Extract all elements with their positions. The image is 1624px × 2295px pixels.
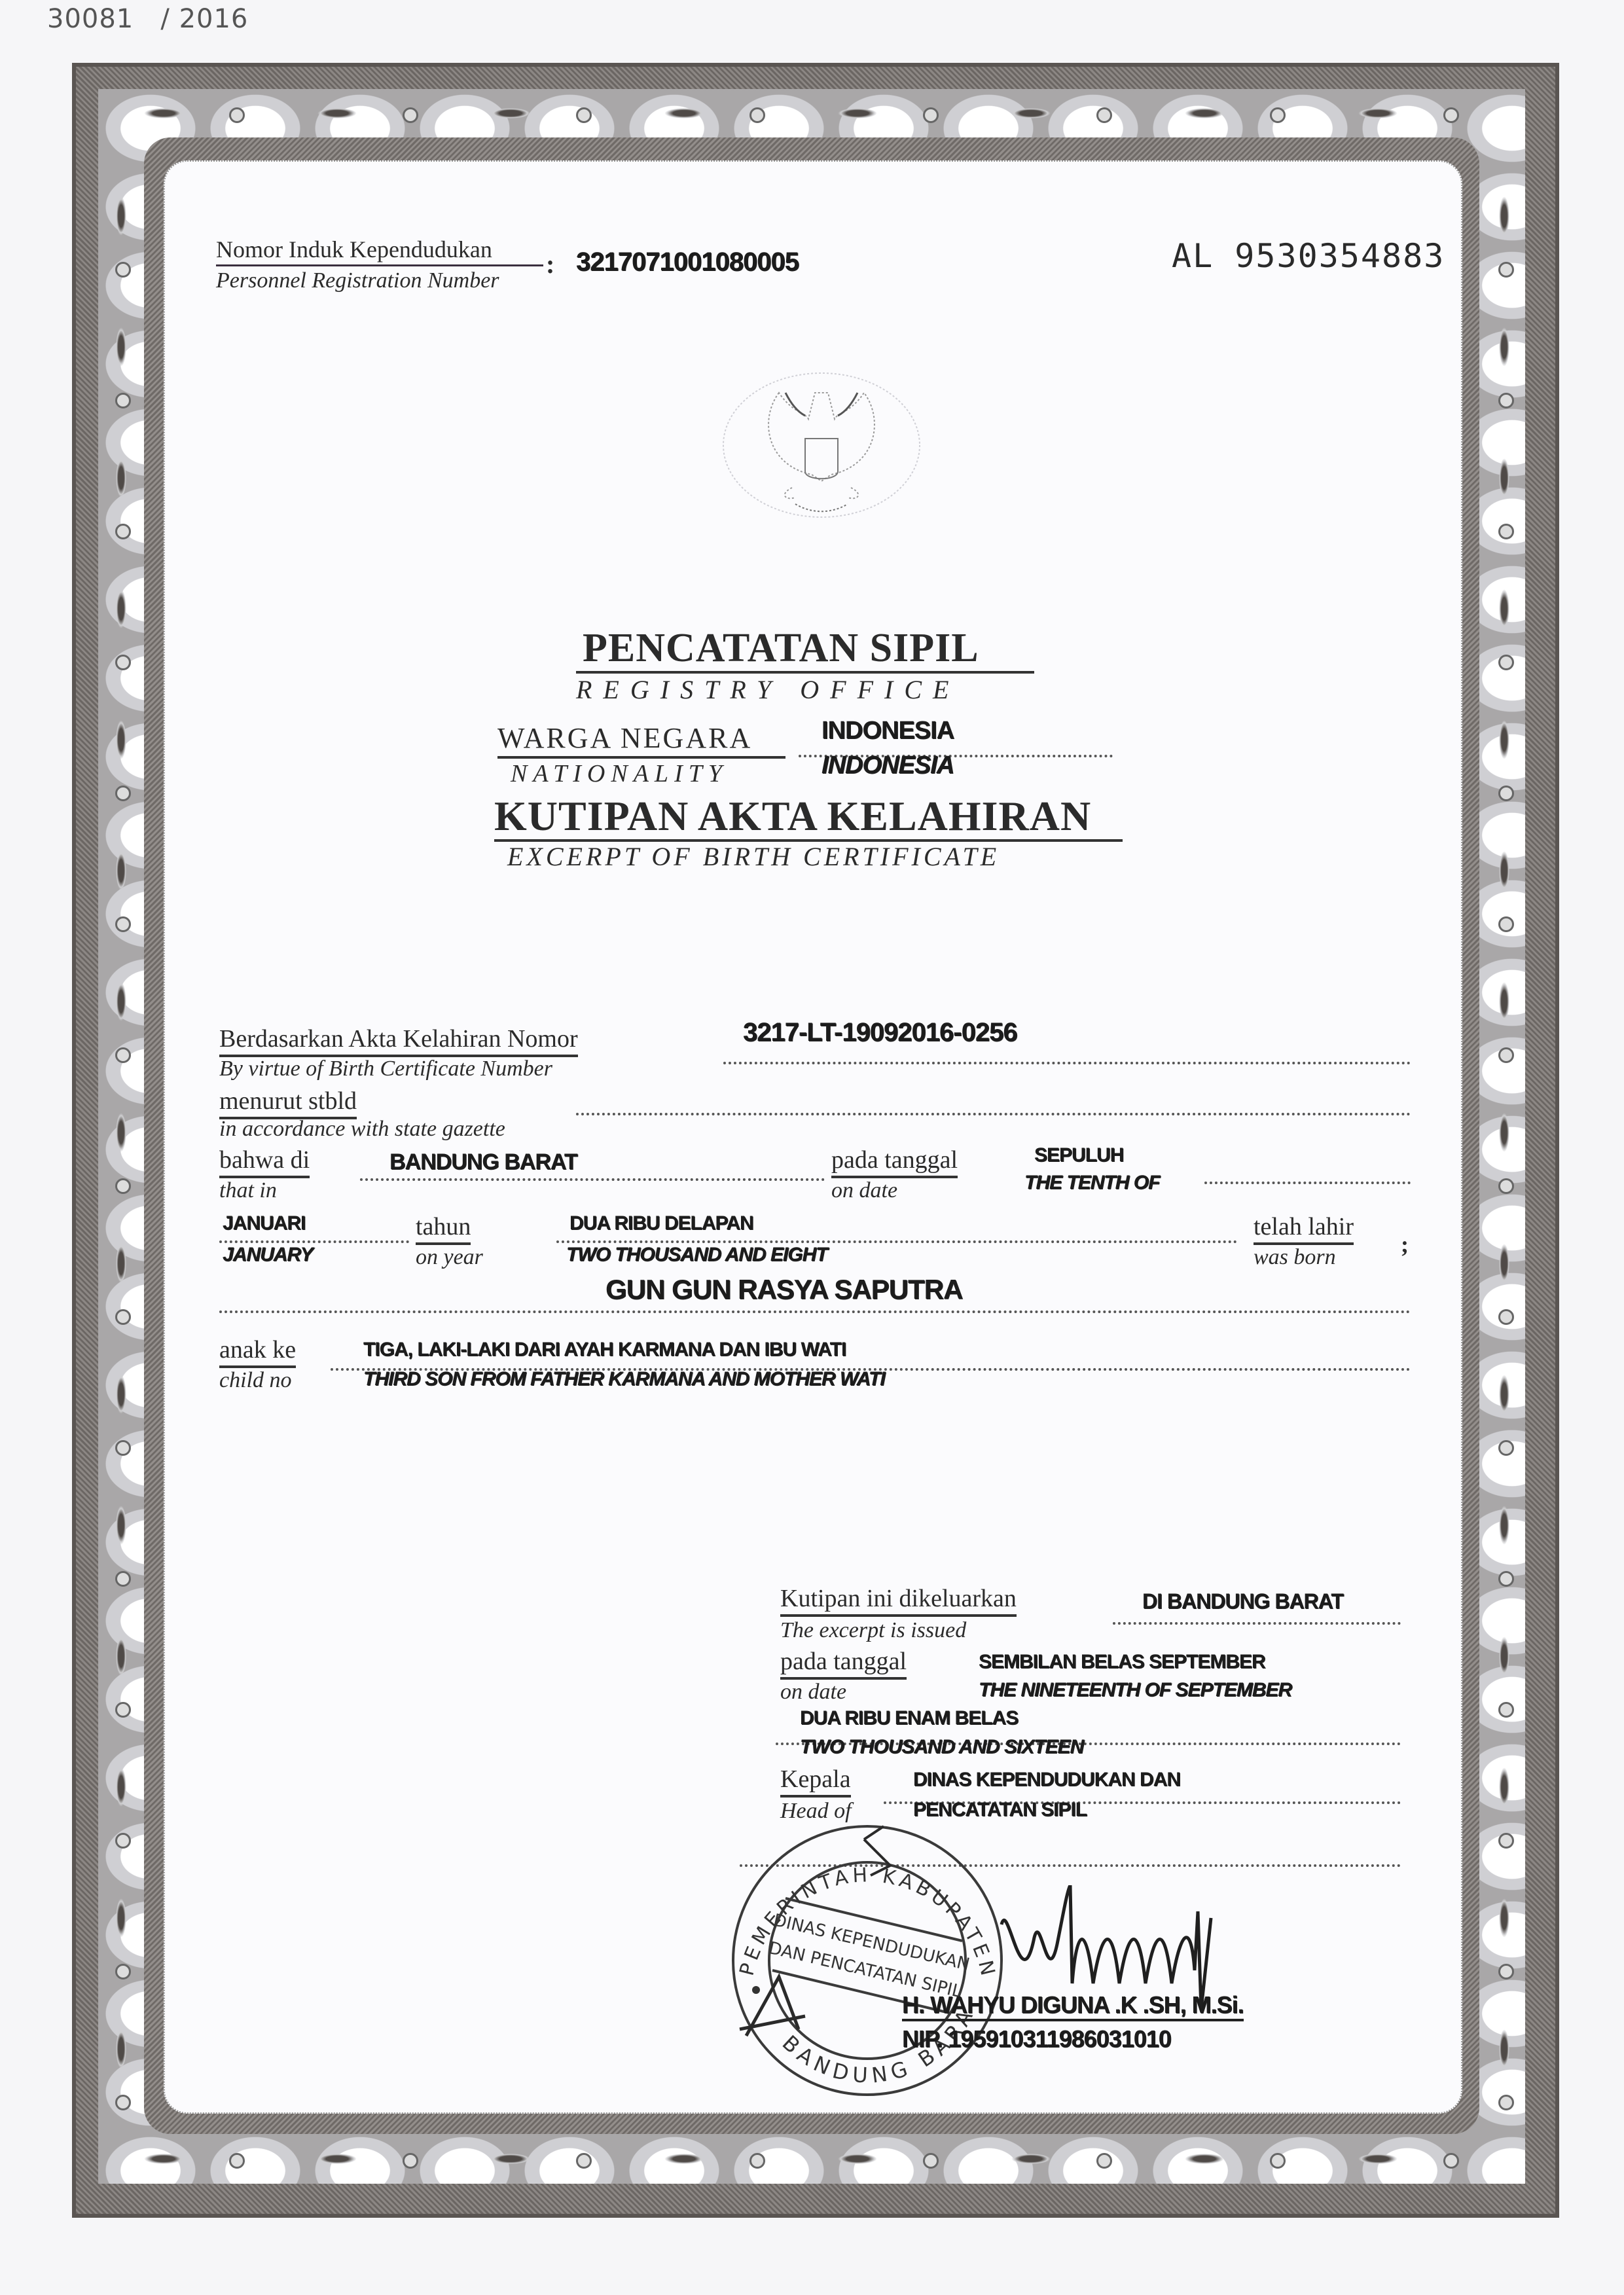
border-ornament-icon: [1096, 107, 1112, 123]
border-ornament-icon: [115, 916, 131, 932]
border-ornament-icon: [144, 108, 183, 118]
border-ornament-icon: [664, 2154, 704, 2164]
border-ornament-icon: [1499, 1506, 1509, 1545]
border-ornament-icon: [576, 2153, 592, 2169]
birth-month-value-en: JANUARY: [223, 1244, 312, 1266]
garuda-emblem-icon: [713, 367, 929, 524]
border-ornament-icon: [116, 1375, 126, 1414]
border-ornament-icon: [1498, 393, 1514, 408]
border-ornament-icon: [1498, 524, 1514, 539]
border-ornament-icon: [1498, 1047, 1514, 1063]
registry-office-underline: [576, 671, 1034, 674]
border-ornament-icon: [1499, 1898, 1509, 1938]
border-ornament-icon: [1498, 1309, 1514, 1325]
border-ornament-icon: [1270, 2153, 1286, 2169]
signatory-name: H. WAHYU DIGUNA .K .SH, M.Si.: [902, 1991, 1244, 2021]
border-ornament-icon: [115, 655, 131, 670]
birth-year-value: DUA RIBU DELAPAN: [569, 1212, 753, 1235]
border-ornament-icon: [1011, 108, 1051, 118]
border-ornament-icon: [749, 2153, 765, 2169]
issued-year-value: DUA RIBU ENAM BELAS: [800, 1707, 1018, 1729]
cert-number-dotted-line: [723, 1062, 1411, 1064]
issued-date-value-en: THE NINETEENTH OF SEPTEMBER: [979, 1679, 1291, 1701]
border-ornament-icon: [1498, 2095, 1514, 2110]
border-ornament-icon: [116, 458, 126, 497]
document-title-en: EXCERPT OF BIRTH CERTIFICATE: [507, 841, 1000, 872]
birth-month-dotted-line: [219, 1240, 409, 1243]
child-no-label: anak ke: [219, 1335, 296, 1368]
birth-year-dotted-line: [556, 1240, 1237, 1243]
birth-date-label-en: on date: [831, 1178, 897, 1203]
birth-place-dotted-line: [360, 1178, 825, 1181]
birth-place-label-en: that in: [219, 1178, 277, 1203]
border-ornament-icon: [491, 108, 530, 118]
border-ornament-icon: [116, 2029, 126, 2069]
border-ornament-icon: [1358, 2154, 1398, 2164]
border-ornament-icon: [749, 107, 765, 123]
border-ornament-icon: [576, 107, 592, 123]
border-ornament-icon: [317, 108, 357, 118]
birth-month-value: JANUARI: [223, 1212, 305, 1235]
issued-label-en: The excerpt is issued: [780, 1618, 966, 1643]
born-colon: ;: [1401, 1231, 1409, 1258]
border-ornament-icon: [1185, 2154, 1224, 2164]
born-label: telah lahir: [1254, 1212, 1354, 1245]
born-label-en: was born: [1254, 1245, 1336, 1270]
border-ornament-icon: [1499, 589, 1509, 628]
border-ornament-icon: [116, 1506, 126, 1545]
cert-number-label: Berdasarkan Akta Kelahiran Nomor: [219, 1024, 578, 1057]
border-ornament-icon: [664, 108, 704, 118]
border-ornament-icon: [838, 2154, 877, 2164]
border-ornament-icon: [1498, 262, 1514, 278]
cert-number-label-en: By virtue of Birth Certificate Number: [219, 1057, 552, 1081]
border-ornament-icon: [403, 107, 418, 123]
border-ornament-icon: [115, 1571, 131, 1587]
border-ornament-icon: [116, 851, 126, 890]
border-ornament-icon: [115, 1440, 131, 1456]
birth-date-label: pada tanggal: [831, 1146, 958, 1178]
birth-year-value-en: TWO THOUSAND AND EIGHT: [566, 1244, 827, 1266]
border-ornament-icon: [1498, 1964, 1514, 1979]
reference-number: 30081 / 2016: [47, 4, 248, 34]
border-ornament-icon: [115, 524, 131, 539]
birth-year-label-en: on year: [416, 1245, 483, 1270]
issued-date-label-en: on date: [780, 1680, 846, 1705]
border-ornament-icon: [116, 1767, 126, 1807]
child-no-value: TIGA, LAKI-LAKI DARI AYAH KARMANA DAN IB…: [363, 1339, 846, 1361]
nationality-value: INDONESIA: [821, 717, 954, 745]
border-ornament-icon: [1499, 327, 1509, 367]
border-ornament-icon: [1185, 108, 1224, 118]
issued-place-dotted-line: [1113, 1622, 1401, 1625]
border-ornament-icon: [115, 1833, 131, 1849]
border-ornament-icon: [403, 2153, 418, 2169]
nik-colon: :: [546, 249, 554, 280]
border-ornament-icon: [116, 1244, 126, 1283]
border-ornament-icon: [116, 1636, 126, 1676]
border-ornament-icon: [1499, 1375, 1509, 1414]
birth-date-value-en: THE TENTH OF: [1024, 1172, 1159, 1194]
official-stamp-icon: PEMERINTAH KABUPATEN BANDUNG BARAT DINAS…: [720, 1813, 1015, 2108]
issued-date-label: pada tanggal: [780, 1647, 907, 1680]
border-ornament-icon: [144, 2154, 183, 2164]
issued-place-value: DI BANDUNG BARAT: [1142, 1589, 1343, 1614]
birth-date-value: SEPULUH: [1034, 1144, 1123, 1166]
border-ornament-icon: [923, 107, 939, 123]
border-ornament-icon: [1499, 1244, 1509, 1283]
border-ornament-icon: [115, 786, 131, 801]
border-ornament-icon: [1358, 108, 1398, 118]
border-ornament-icon: [491, 2154, 530, 2164]
border-ornament-icon: [116, 196, 126, 236]
nik-value: 3217071001080005: [576, 247, 799, 277]
border-ornament-icon: [115, 1047, 131, 1063]
border-ornament-icon: [1499, 1636, 1509, 1676]
border-ornament-icon: [116, 720, 126, 759]
birth-date-dotted-line: [1204, 1182, 1411, 1184]
border-ornament-icon: [1498, 1702, 1514, 1718]
border-ornament-icon: [1498, 1178, 1514, 1194]
border-ornament-icon: [1498, 916, 1514, 932]
border-ornament-icon: [1498, 655, 1514, 670]
nik-label: Nomor Induk Kependudukan: [216, 236, 492, 263]
issued-year-value-en: TWO THOUSAND AND SIXTEEN: [800, 1736, 1083, 1758]
gazette-label: menurut stbld: [219, 1087, 357, 1119]
border-ornament-icon: [115, 1178, 131, 1194]
border-ornament-icon: [116, 327, 126, 367]
border-ornament-icon: [1011, 2154, 1051, 2164]
border-ornament-icon: [1498, 1833, 1514, 1849]
border-ornament-icon: [1499, 196, 1509, 236]
border-ornament-icon: [1499, 982, 1509, 1021]
birth-place-label: bahwa di: [219, 1146, 310, 1178]
border-ornament-icon: [1443, 107, 1459, 123]
child-no-value-en: THIRD SON FROM FATHER KARMANA AND MOTHER…: [363, 1368, 885, 1390]
birth-place-value: BANDUNG BARAT: [389, 1149, 577, 1175]
border-ornament-icon: [838, 108, 877, 118]
border-ornament-icon: [1498, 786, 1514, 801]
border-ornament-icon: [1096, 2153, 1112, 2169]
child-name-value: GUN GUN RASYA SAPUTRA: [605, 1274, 962, 1305]
border-ornament-icon: [116, 1113, 126, 1152]
border-ornament-icon: [1499, 458, 1509, 497]
issued-label: Kutipan ini dikeluarkan: [780, 1584, 1017, 1617]
border-ornament-icon: [116, 1898, 126, 1938]
signatory-nip: NIP. 195910311986031010: [902, 2025, 1171, 2053]
border-ornament-icon: [1443, 2153, 1459, 2169]
border-ornament-icon: [923, 2153, 939, 2169]
border-ornament-icon: [115, 1702, 131, 1718]
border-ornament-icon: [229, 107, 245, 123]
border-ornament-icon: [1499, 720, 1509, 759]
border-ornament-icon: [116, 589, 126, 628]
registry-office-title: PENCATATAN SIPIL: [583, 625, 979, 672]
border-ornament-icon: [1498, 1571, 1514, 1587]
birth-year-label: tahun: [416, 1212, 471, 1245]
border-ornament-icon: [1499, 2029, 1509, 2069]
nik-label-en: Personnel Registration Number: [216, 268, 499, 293]
border-ornament-icon: [115, 2095, 131, 2110]
border-ornament-icon: [229, 2153, 245, 2169]
border-ornament-icon: [1270, 107, 1286, 123]
nik-label-underline: [216, 264, 543, 266]
border-ornament-icon: [1499, 1113, 1509, 1152]
document-title: KUTIPAN AKTA KELAHIRAN: [494, 792, 1091, 840]
gazette-dotted-line: [576, 1113, 1411, 1115]
border-ornament-icon: [1498, 1440, 1514, 1456]
nationality-underline: [497, 756, 785, 759]
serial-number: AL 9530354883: [1172, 237, 1445, 275]
gazette-label-en: in accordance with state gazette: [219, 1117, 505, 1142]
border-ornament-icon: [116, 982, 126, 1021]
border-ornament-icon: [115, 393, 131, 408]
registry-office-title-en: REGISTRY OFFICE: [576, 674, 960, 705]
cert-number-value: 3217-LT-19092016-0256: [743, 1018, 1017, 1047]
head-label: Kepala: [780, 1765, 851, 1798]
child-no-label-en: child no: [219, 1368, 291, 1393]
child-name-dotted-line: [219, 1310, 1411, 1313]
border-ornament-icon: [115, 262, 131, 278]
nationality-label: WARGA NEGARA: [497, 721, 752, 755]
border-ornament-icon: [115, 1964, 131, 1979]
nationality-value-en: INDONESIA: [821, 751, 954, 780]
border-ornament-icon: [317, 2154, 357, 2164]
border-ornament-icon: [1499, 1767, 1509, 1807]
nationality-label-en: NATIONALITY: [511, 759, 728, 788]
border-ornament-icon: [1499, 851, 1509, 890]
head-value-line-1: DINAS KEPENDUDUKAN DAN: [913, 1769, 1180, 1791]
border-ornament-icon: [115, 1309, 131, 1325]
issued-date-value: SEMBILAN BELAS SEPTEMBER: [979, 1651, 1265, 1673]
